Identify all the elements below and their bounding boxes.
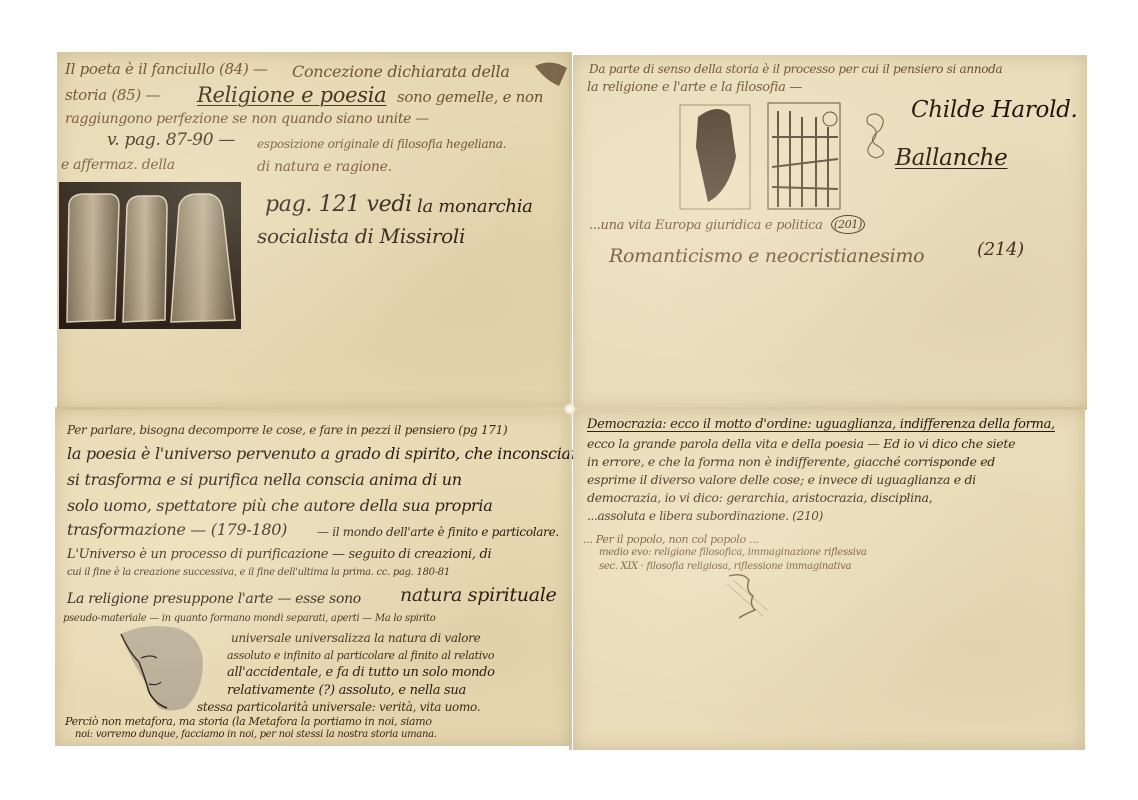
note-line: la monarchia	[417, 198, 533, 216]
panel-bottom-left: Per parlare, bisogna decomporre le cose,…	[55, 410, 570, 746]
name-ballanche: Ballanche	[895, 147, 1007, 170]
figure-sketches	[678, 97, 858, 212]
fold-crease-vertical	[569, 52, 572, 750]
text-line: democrazia, io vi dico: gerarchia, arist…	[587, 492, 932, 505]
text-line: medio evo: religione filosofica, immagin…	[599, 548, 867, 558]
text-line: Romanticismo e neocristianesimo	[609, 247, 924, 266]
loops-doodle	[858, 110, 894, 160]
text-line: Perciò non metafora, ma storia (la Metaf…	[65, 716, 432, 727]
text-line: La religione presuppone l'arte — esse so…	[67, 592, 361, 606]
page-reference: v. pag. 87-90 —	[107, 132, 235, 149]
text-line: ecco la grande parola della vita e della…	[587, 438, 1015, 451]
text-line: Da parte di senso della storia è il proc…	[589, 63, 1002, 75]
text-line: e affermaz. della	[61, 158, 175, 172]
text-line: ... Per il popolo, non col popolo ...	[583, 534, 759, 545]
text-line: L'Universo è un processo di purificazion…	[67, 548, 491, 561]
name-childe-harold: Childe Harold.	[911, 99, 1078, 122]
text-line: relativamente (?) assoluto, e nella sua	[227, 684, 466, 697]
fold-intersection	[564, 403, 576, 415]
panel-top-right: Da parte di senso della storia è il proc…	[573, 55, 1087, 409]
text-line: Il poeta è il fanciullo (84) —	[65, 62, 268, 77]
text-line: storia (85) —	[65, 88, 160, 103]
text-line: ...una vita Europa giuridica e politica	[589, 219, 823, 232]
note-line: pag. 121 vedi	[265, 194, 412, 216]
note-line: socialista di Missiroli	[257, 226, 465, 246]
page-reference-circled: (201)	[831, 215, 865, 234]
text-line: esposizione originale di filosofia hegel…	[257, 138, 506, 150]
text-line: ...assoluta e libera subordinazione. (21…	[587, 510, 823, 522]
text-line: solo uomo, spettatore più che autore del…	[67, 498, 492, 514]
text-line: Concezione dichiarata della	[292, 64, 510, 80]
panel-bottom-right: Democrazia: ecco il motto d'ordine: ugua…	[573, 410, 1085, 750]
text-line: all'accidentale, e fa di tutto un solo m…	[227, 666, 495, 679]
text-line: cui il fine è la creazione successiva, e…	[67, 568, 450, 578]
text-line: raggiungono perfezione se non quando sia…	[65, 112, 429, 126]
text-line: in errore, e che la forma non è indiffer…	[587, 456, 995, 469]
text-line: assoluto e infinito al particolare al fi…	[227, 650, 494, 661]
shell-sketch-icon	[533, 58, 569, 88]
profile-sketch	[723, 570, 773, 620]
text-line: universale universalizza la natura di va…	[231, 632, 480, 644]
text-line: noi: vorremo dunque, facciamo in noi, pe…	[75, 730, 437, 740]
text-line-natura: natura spirituale	[400, 586, 556, 605]
text-line: si trasforma e si purifica nella conscia…	[67, 472, 462, 488]
text-line: trasformazione — (179-180)	[67, 522, 287, 538]
text-line: stessa particolarità universale: verità,…	[197, 701, 480, 713]
text-line: di natura e ragione.	[257, 160, 392, 174]
text-line: la religione e l'arte e la filosofia —	[587, 81, 802, 94]
text-line: Per parlare, bisogna decomporre le cose,…	[67, 424, 507, 436]
text-line-democrazia: Democrazia: ecco il motto d'ordine: ugua…	[587, 418, 1055, 431]
text-line: — il mondo dell'arte è finito e particol…	[317, 526, 559, 538]
face-sketch	[115, 622, 207, 714]
text-line: sono gemelle, e non	[397, 90, 543, 105]
three-arches-drawing	[59, 182, 241, 329]
text-line: esprime il diverso valore delle cose; e …	[587, 474, 976, 487]
page-reference: (214)	[977, 241, 1024, 259]
text-line-religione: Religione e poesia	[197, 85, 386, 106]
panel-top-left: Il poeta è il fanciullo (84) — Concezion…	[57, 52, 570, 409]
text-line: la poesia è l'universo pervenuto a grado…	[67, 446, 620, 462]
